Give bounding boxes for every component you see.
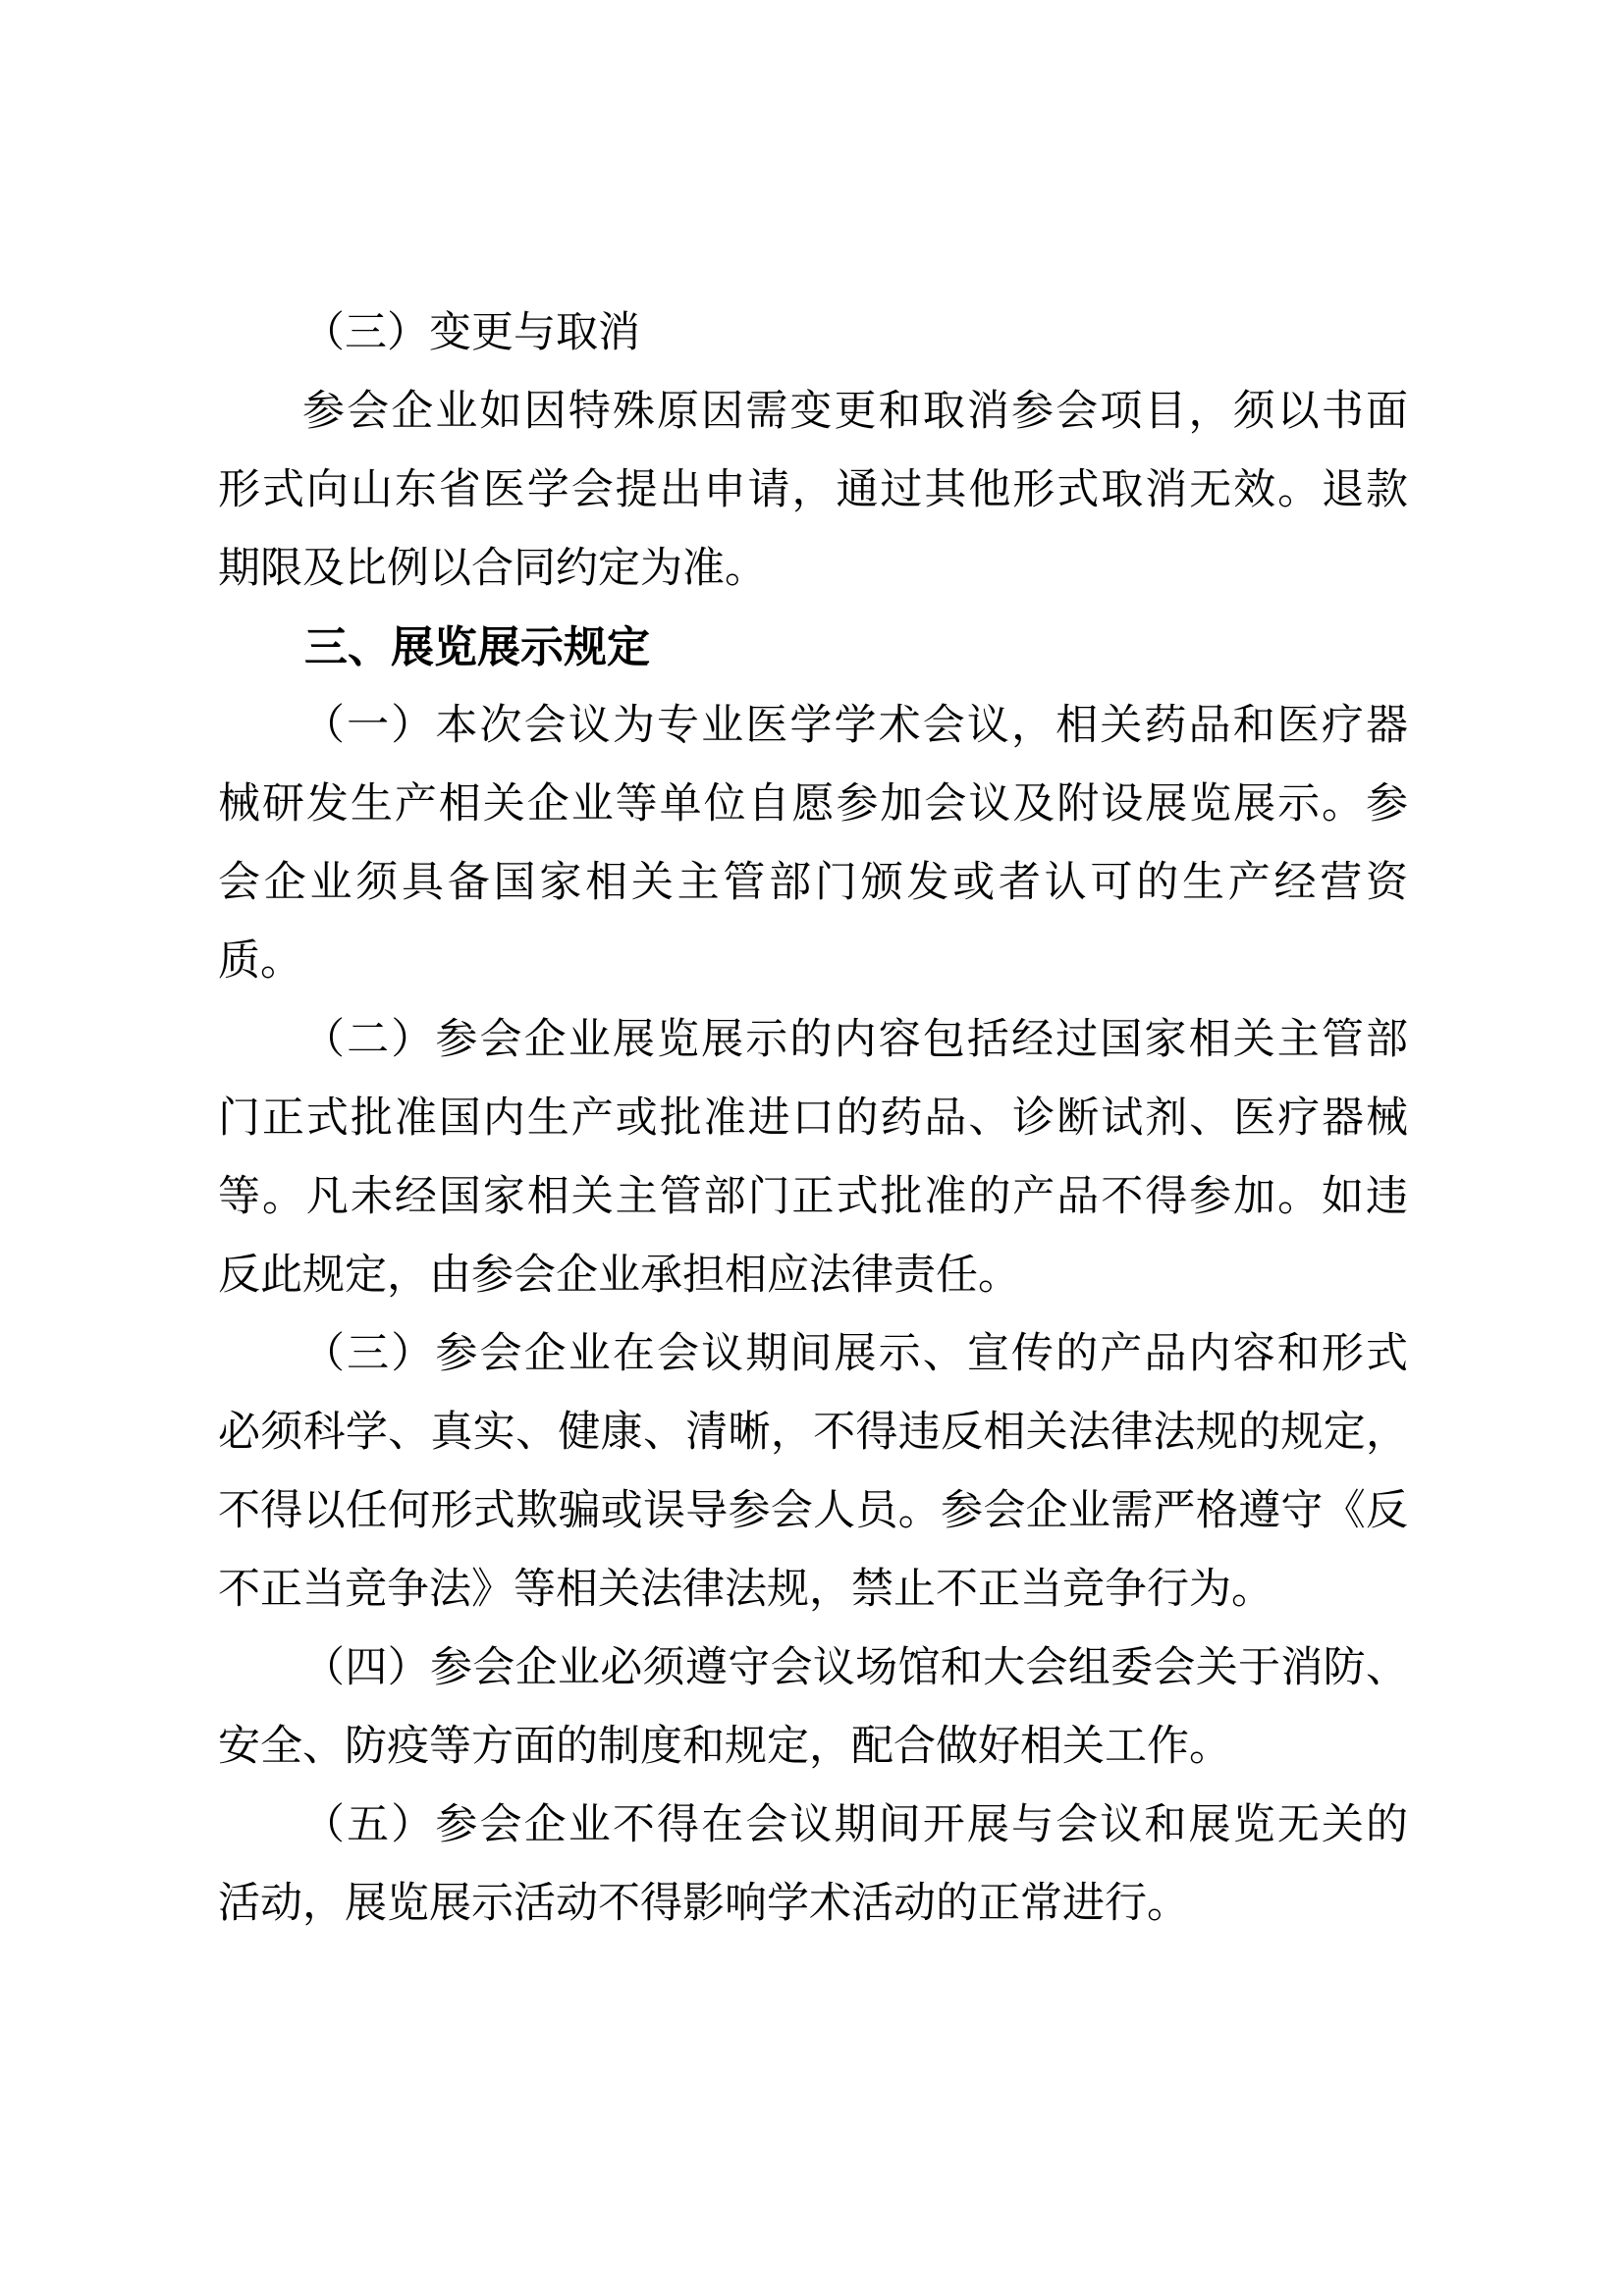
text-line: （二）参会企业展览展示的内容包括经过国家相关主管部 <box>218 1001 1408 1080</box>
paragraph-item-1: （一）本次会议为专业医学学术会议，相关药品和医疗器 械研发生产相关企业等单位自愿… <box>218 687 1408 1001</box>
text-line: 不正当竞争法》等相关法律法规，禁止不正当竞争行为。 <box>218 1551 1408 1629</box>
text-line: （五）参会企业不得在会议期间开展与会议和展览无关的 <box>218 1787 1408 1865</box>
document-page: （三）变更与取消 参会企业如因特殊原因需变更和取消参会项目，须以书面 形式向山东… <box>0 0 1624 2296</box>
text-line: 参会企业如因特殊原因需变更和取消参会项目，须以书面 <box>218 373 1408 452</box>
text-line: 等。凡未经国家相关主管部门正式批准的产品不得参加。如违 <box>218 1158 1408 1237</box>
text-line: 不得以任何形式欺骗或误导参会人员。参会企业需严格遵守《反 <box>218 1472 1408 1551</box>
text-line: 械研发生产相关企业等单位自愿参加会议及附设展览展示。参 <box>218 766 1408 844</box>
paragraph-item-5: （五）参会企业不得在会议期间开展与会议和展览无关的 活动，展览展示活动不得影响学… <box>218 1787 1408 1944</box>
text-line: 活动，展览展示活动不得影响学术活动的正常进行。 <box>218 1865 1408 1944</box>
paragraph-item-2: （二）参会企业展览展示的内容包括经过国家相关主管部 门正式批准国内生产或批准进口… <box>218 1001 1408 1315</box>
text-line: 反此规定，由参会企业承担相应法律责任。 <box>218 1237 1408 1315</box>
paragraph-change-cancel-title: （三）变更与取消 <box>218 294 1408 373</box>
text-line: 形式向山东省医学会提出申请，通过其他形式取消无效。退款 <box>218 452 1408 530</box>
text-line: 必须科学、真实、健康、清晰，不得违反相关法律法规的规定， <box>218 1394 1408 1472</box>
document-text: （三）变更与取消 参会企业如因特殊原因需变更和取消参会项目，须以书面 形式向山东… <box>218 294 1408 1944</box>
paragraph-section-heading: 三、展览展示规定 <box>218 609 1408 687</box>
text-line: 会企业须具备国家相关主管部门颁发或者认可的生产经营资 <box>218 844 1408 923</box>
text-line: 安全、防疫等方面的制度和规定，配合做好相关工作。 <box>218 1708 1408 1787</box>
text-line: 质。 <box>218 923 1408 1001</box>
text-line: 门正式批准国内生产或批准进口的药品、诊断试剂、医疗器械 <box>218 1080 1408 1158</box>
text-line: 期限及比例以合同约定为准。 <box>218 530 1408 609</box>
paragraph-item-3: （三）参会企业在会议期间展示、宣传的产品内容和形式 必须科学、真实、健康、清晰，… <box>218 1315 1408 1629</box>
text-line: （三）参会企业在会议期间展示、宣传的产品内容和形式 <box>218 1315 1408 1394</box>
paragraph-item-4: （四）参会企业必须遵守会议场馆和大会组委会关于消防、 安全、防疫等方面的制度和规… <box>218 1629 1408 1787</box>
paragraph-change-cancel-body: 参会企业如因特殊原因需变更和取消参会项目，须以书面 形式向山东省医学会提出申请，… <box>218 373 1408 609</box>
section-title-exhibition-rules: 三、展览展示规定 <box>218 609 1408 687</box>
text-line: （一）本次会议为专业医学学术会议，相关药品和医疗器 <box>218 687 1408 766</box>
subsection-title-change-cancel: （三）变更与取消 <box>218 294 1408 373</box>
text-line: （四）参会企业必须遵守会议场馆和大会组委会关于消防、 <box>218 1629 1408 1708</box>
